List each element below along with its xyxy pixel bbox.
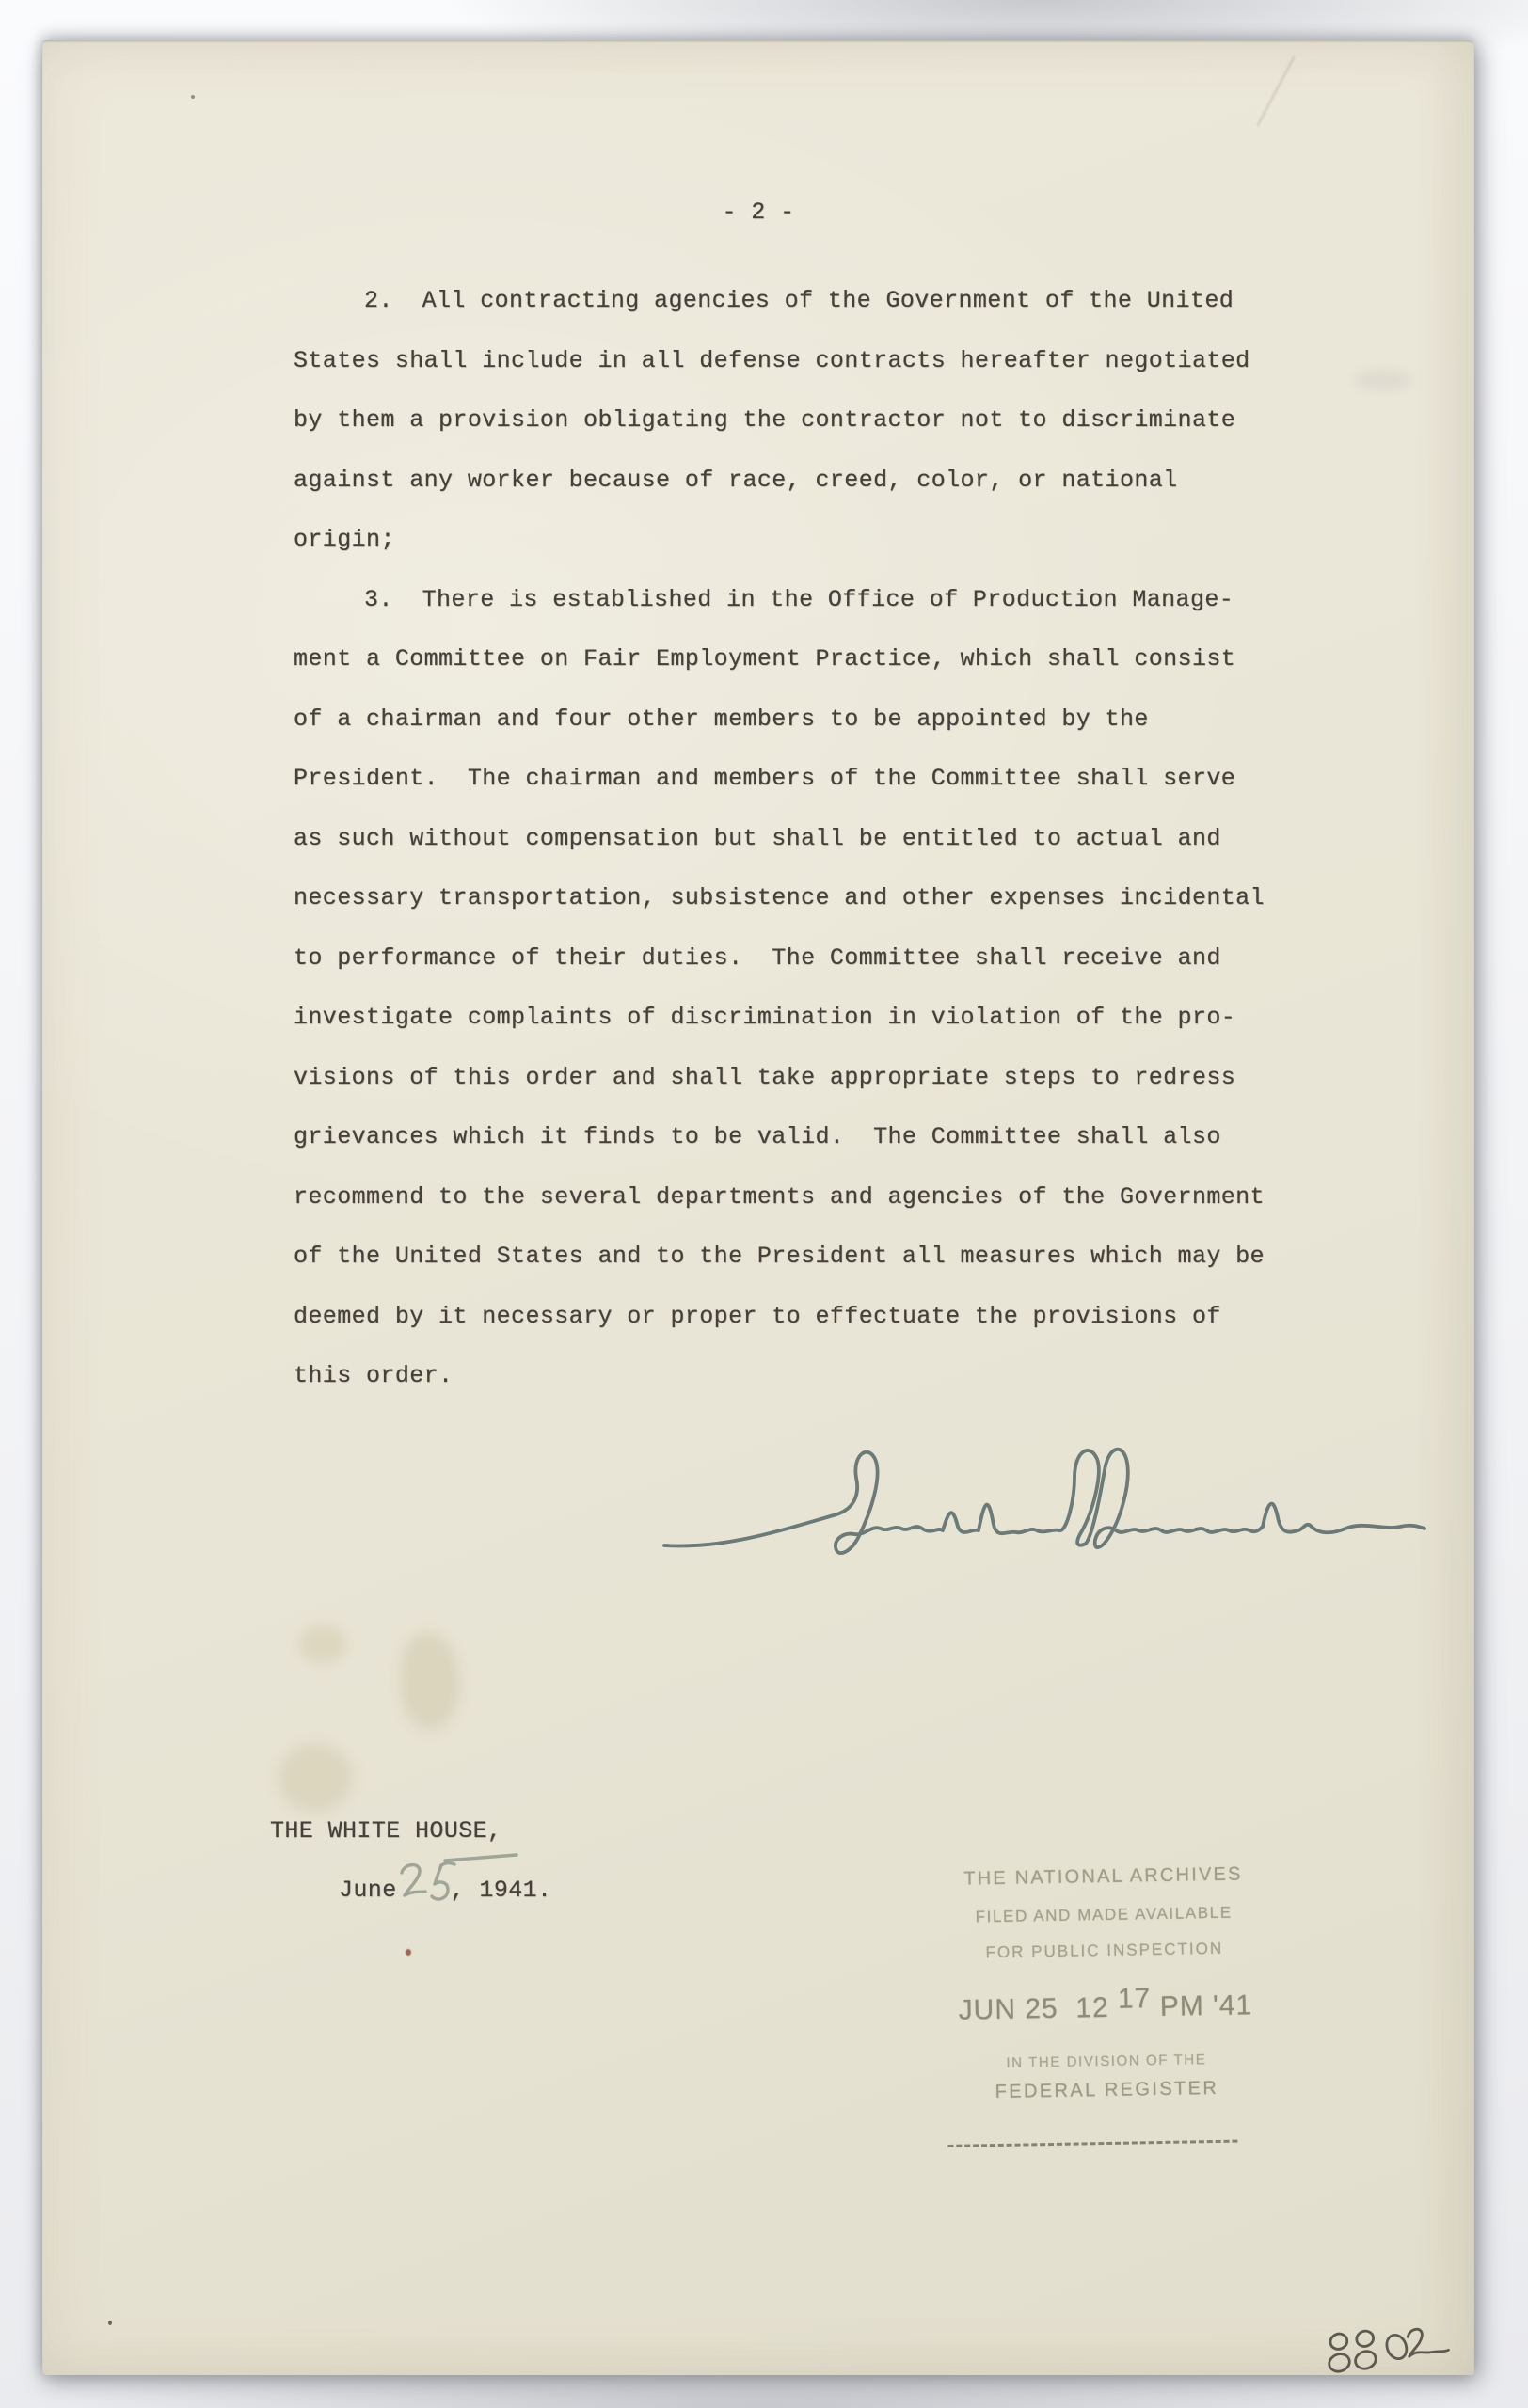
paper-smudge — [1355, 370, 1411, 390]
paper-crease — [1256, 55, 1295, 126]
stamp-gap — [1058, 1993, 1075, 2024]
paper-speck — [406, 1949, 411, 1956]
handwritten-day-pencil — [392, 1848, 524, 1914]
paper-speck — [191, 95, 195, 99]
typed-line: investigate complaints of discrimination… — [294, 988, 1347, 1048]
date-prefix: June — [339, 1877, 397, 1904]
stamp-hour: 12 — [1075, 1992, 1109, 2024]
paper-speck — [108, 2321, 112, 2325]
stamp-date-time: JUN 25 12 17 PM '41 — [946, 1989, 1266, 2027]
national-archives-stamp: THE NATIONAL ARCHIVES FILED AND MADE AVA… — [943, 1862, 1267, 2162]
stamp-gap3 — [1151, 1991, 1160, 2022]
page-number: - 2 - — [42, 198, 1474, 226]
typed-line: recommend to the several departments and… — [294, 1167, 1347, 1228]
paper-stain — [400, 1632, 460, 1730]
typed-line: of a chairman and four other members to … — [294, 689, 1347, 750]
typed-line: against any worker because of race, cree… — [294, 451, 1347, 511]
stamp-date: JUN 25 — [958, 1993, 1058, 2026]
typed-line: 2. All contracting agencies of the Gover… — [294, 271, 1347, 331]
paper-stain — [298, 1624, 347, 1664]
scan-background: { "document": { "page_label": "- 2 -", "… — [0, 0, 1528, 2408]
typed-line: as such without compensation but shall b… — [294, 809, 1347, 869]
typed-line: grievances which it finds to be valid. T… — [294, 1107, 1347, 1167]
typed-line: States shall include in all defense cont… — [294, 331, 1347, 391]
stamp-dashed-line — [947, 2140, 1237, 2147]
typed-body-text: 2. All contracting agencies of the Gover… — [294, 271, 1347, 1406]
document-page: - 2 - 2. All contracting agencies of the… — [42, 40, 1474, 2375]
fdr-signature — [659, 1433, 1430, 1592]
typed-line: by them a provision obligating the contr… — [294, 390, 1347, 451]
stamp-minutes: 17 — [1118, 1983, 1152, 2015]
stamp-line-2: FILED AND MADE AVAILABLE — [944, 1903, 1264, 1927]
typed-line: to performance of their duties. The Comm… — [294, 928, 1347, 989]
stamp-meridiem-year: PM '41 — [1159, 1989, 1252, 2022]
typed-line: necessary transportation, subsistence an… — [294, 868, 1347, 928]
typed-line: ment a Committee on Fair Employment Prac… — [294, 629, 1347, 689]
typed-line: of the United States and to the Presiden… — [294, 1227, 1347, 1287]
paper-stain — [278, 1743, 353, 1813]
typed-line: 3. There is established in the Office of… — [294, 570, 1347, 630]
stamp-line-6: FEDERAL REGISTER — [947, 2077, 1266, 2104]
typed-line: President. The chairman and members of t… — [294, 749, 1347, 809]
stamp-line-3: FOR PUBLIC INSPECTION — [945, 1939, 1265, 1963]
stamp-line-1: THE NATIONAL ARCHIVES — [943, 1863, 1263, 1891]
closing-institution: THE WHITE HOUSE, — [270, 1817, 501, 1845]
typed-line: origin; — [294, 510, 1347, 570]
typed-line: deemed by it necessary or proper to effe… — [294, 1287, 1347, 1347]
stamp-line-5: IN THE DIVISION OF THE — [947, 2051, 1266, 2072]
typed-line: visions of this order and shall take app… — [294, 1048, 1347, 1108]
typed-line: this order. — [294, 1346, 1347, 1406]
handwritten-order-number — [1309, 2311, 1463, 2382]
